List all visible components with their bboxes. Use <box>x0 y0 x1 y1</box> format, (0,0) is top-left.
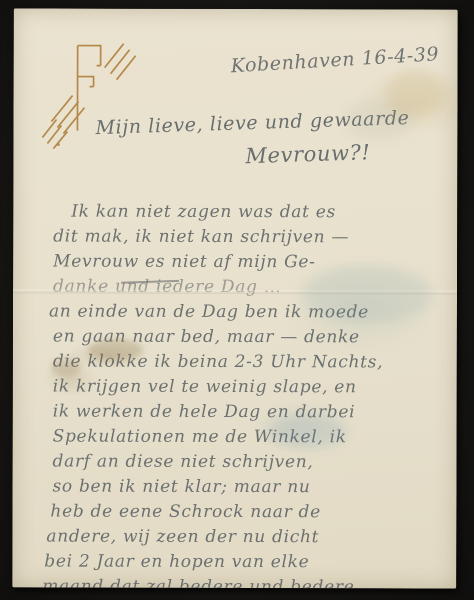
scan-background: { "letter": { "monogram_icon": "F-monogr… <box>0 0 474 600</box>
handwritten-line: so ben ik niet klar; maar nu <box>52 475 444 501</box>
ink-smudge <box>268 414 348 448</box>
handwritten-line: Spekulationen me de Winkel, ik <box>53 425 445 451</box>
handwritten-line: ik werken de hele Dag en darbei <box>53 400 445 426</box>
salutation-line-2: Mevrouw?! <box>245 140 371 168</box>
handwritten-line: Ik kan niet zagen was dat es <box>53 200 445 226</box>
paper-stain <box>385 69 445 117</box>
handwritten-line: maand dat zal bedere und bedere <box>42 574 444 588</box>
ink-smudge <box>303 264 433 324</box>
paper-stain <box>88 339 143 361</box>
handwritten-line: heb de eene Schrock naar de <box>50 500 444 526</box>
handwritten-line: andere, wij zeen der nu dicht <box>46 525 444 551</box>
handwritten-line: darf an diese niet schrijven, <box>53 450 445 476</box>
handwritten-line: dit mak, ik niet kan schrijven — <box>53 225 445 251</box>
handwritten-line: bei 2 Jaar en hopen van elke <box>44 550 444 576</box>
handwritten-line: ik krijgen vel te weinig slape, en <box>53 375 445 401</box>
letter-body: Ik kan niet zagen was dat es dit mak, ik… <box>52 200 445 589</box>
paper-stain <box>51 359 81 377</box>
letter-paper: Kobenhaven 16-4-39 Mijn lieve, lieve und… <box>12 8 458 588</box>
